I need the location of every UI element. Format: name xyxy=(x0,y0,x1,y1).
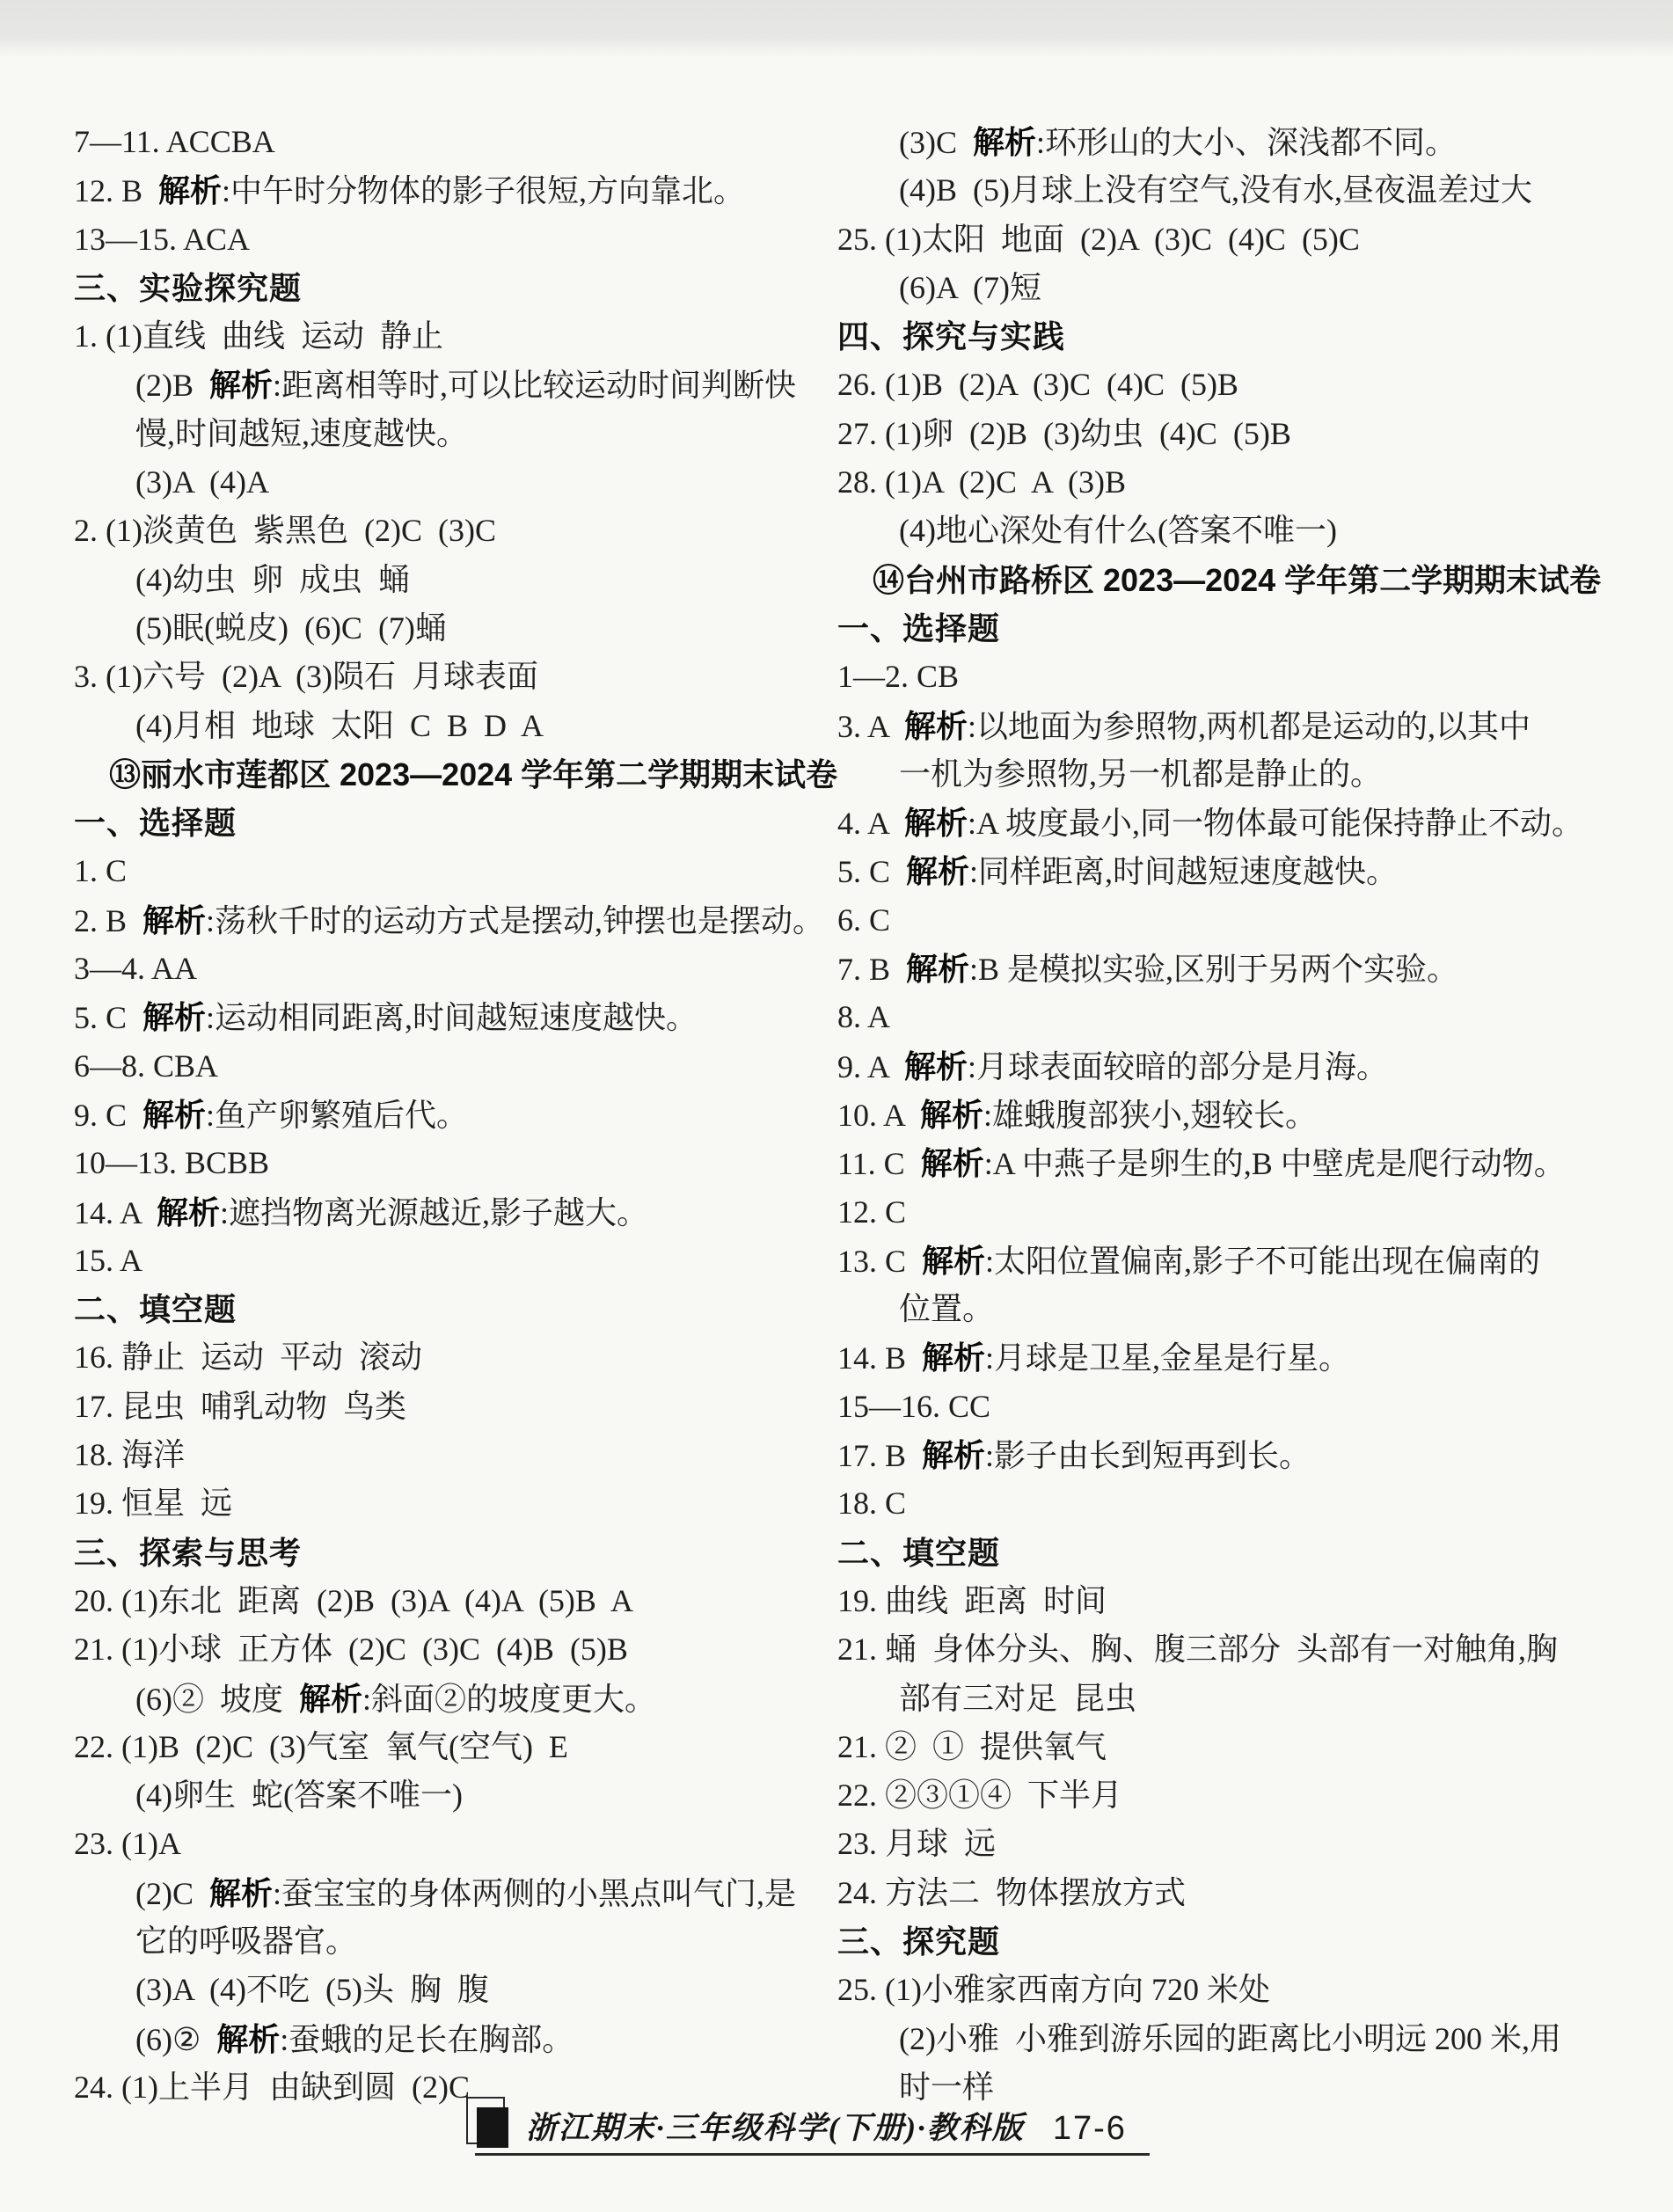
answer-line: 21. (1)小球 正方体 (2)C (3)C (4)B (5)B xyxy=(74,1625,830,1674)
answer-line: 7—11. ACCBA xyxy=(74,118,830,166)
answer-text: 一、选择题 xyxy=(74,805,237,841)
answer-text: 一机为参照物,另一机都是静止的。 xyxy=(899,756,1382,792)
answer-text: (6)② xyxy=(135,2022,216,2057)
answer-line: 18. C xyxy=(837,1479,1664,1528)
answer-text: 17. B xyxy=(837,1438,922,1473)
answer-line: 6. C xyxy=(837,896,1664,945)
answer-text: 12. B xyxy=(74,173,158,208)
answer-line: 23. (1)A xyxy=(74,1820,830,1868)
answer-text: 一、选择题 xyxy=(837,610,1000,646)
jiexi-label: 解析 xyxy=(209,1875,273,1911)
answer-text: 20. (1)东北 距离 (2)B (3)A (4)A (5)B A xyxy=(74,1583,633,1618)
answer-text: 28. (1)A (2)C A (3)B xyxy=(837,464,1126,500)
answer-line: 三、探索与思考 xyxy=(74,1529,830,1577)
answer-text: 三、实验探究题 xyxy=(74,270,302,306)
answer-text: 2. B xyxy=(74,903,142,938)
answer-text: (2)小雅 小雅到游乐园的距离比小明远 200 米,用 xyxy=(899,2021,1561,2056)
answer-line: 11. C 解析:A 中燕子是卵生的,B 中壁虎是爬行动物。 xyxy=(837,1139,1664,1187)
answer-text: 19. 曲线 距离 时间 xyxy=(837,1583,1107,1618)
answer-text: 26. (1)B (2)A (3)C (4)C (5)B xyxy=(837,367,1238,402)
answer-line: (3)A (4)不吃 (5)头 胸 腹 xyxy=(74,1966,830,2014)
answer-line: 14. B 解析:月球是卫星,金星是行星。 xyxy=(837,1333,1664,1382)
answer-text: (5)眠(蜕皮) (6)C (7)蛹 xyxy=(135,610,447,646)
answer-line: 它的呼吸器官。 xyxy=(74,1917,830,1966)
answer-text: 时一样 xyxy=(899,2070,994,2105)
answer-line: 27. (1)卵 (2)B (3)幼虫 (4)C (5)B xyxy=(837,410,1664,458)
answer-line: 二、填空题 xyxy=(74,1285,830,1333)
answer-text: ⑭台州市路桥区 2023—2024 学年第二学期期末试卷 xyxy=(873,562,1601,598)
answer-text: (6)② 坡度 xyxy=(135,1682,299,1717)
answer-text: 1—2. CB xyxy=(837,659,959,694)
footer-brand: 浙江期末·三年级科学(下册)·教科版 xyxy=(526,2111,1025,2146)
answer-text: 3. A xyxy=(837,709,904,744)
answer-text: 18. C xyxy=(837,1486,906,1521)
answer-line: 28. (1)A (2)C A (3)B xyxy=(837,458,1664,507)
answer-text: 三、探究题 xyxy=(837,1924,1000,1960)
answer-text: 16. 静止 运动 平动 滚动 xyxy=(74,1340,422,1375)
answer-text: 17. 昆虫 哺乳动物 鸟类 xyxy=(74,1389,406,1424)
answer-text: 9. C xyxy=(74,1098,142,1133)
scan-artifact-band xyxy=(0,0,1673,62)
answer-line: 16. 静止 运动 平动 滚动 xyxy=(74,1333,830,1382)
answer-line: 部有三对足 昆虫 xyxy=(837,1675,1664,1723)
answer-line: 21. ② ① 提供氧气 xyxy=(837,1723,1664,1771)
answer-text: 18. 海洋 xyxy=(74,1437,185,1472)
answer-text: 7—11. ACCBA xyxy=(74,124,275,159)
answer-line: 19. 曲线 距离 时间 xyxy=(837,1577,1664,1625)
answer-line: 3—4. AA xyxy=(74,945,830,993)
answer-text: (2)C xyxy=(135,1876,209,1911)
answer-line: 26. (1)B (2)A (3)C (4)C (5)B xyxy=(837,361,1664,409)
answer-text: :蚕宝宝的身体两侧的小黑点叫气门,是 xyxy=(273,1876,796,1911)
footer-square-fill-icon xyxy=(477,2107,508,2148)
answer-line: (4)地心深处有什么(答案不唯一) xyxy=(837,507,1664,555)
answer-line: 一、选择题 xyxy=(74,799,830,847)
answer-text: 14. B xyxy=(837,1340,922,1376)
answer-line: 7. B 解析:B 是模拟实验,区别于另两个实验。 xyxy=(837,945,1664,993)
answer-text: 10—13. BCBB xyxy=(74,1145,269,1180)
answer-text: 慢,时间越短,速度越快。 xyxy=(135,416,468,451)
answer-line: 5. C 解析:同样距离,时间越短速度越快。 xyxy=(837,847,1664,895)
column-right: (3)C 解析:环形山的大小、深浅都不同。(4)B (5)月球上没有空气,没有水… xyxy=(837,118,1664,2112)
answer-line: 位置。 xyxy=(837,1285,1664,1333)
answer-line: (4)幼虫 卵 成虫 蛹 xyxy=(74,556,830,604)
answer-text: 24. (1)上半月 由缺到圆 (2)C xyxy=(74,2070,470,2105)
answer-text: :斜面②的坡度更大。 xyxy=(362,1682,656,1717)
jiexi-label: 解析 xyxy=(922,1243,985,1279)
footer-square-icon xyxy=(475,2104,510,2146)
answer-line: 24. 方法二 物体摆放方式 xyxy=(837,1869,1664,1917)
answer-text: 22. ②③①④ 下半月 xyxy=(837,1778,1122,1813)
answer-line: 23. 月球 远 xyxy=(837,1820,1664,1868)
answer-text: :距离相等时,可以比较运动时间判断快 xyxy=(273,368,796,403)
answer-line: 4. A 解析:A 坡度最小,同一物体最可能保持静止不动。 xyxy=(837,799,1664,847)
answer-line: 13—15. ACA xyxy=(74,215,830,264)
answer-line: 10—13. BCBB xyxy=(74,1139,830,1187)
answer-text: :月球表面较暗的部分是月海。 xyxy=(968,1049,1388,1084)
answer-line: 12. C xyxy=(837,1188,1664,1237)
answer-text: :太阳位置偏南,影子不可能出现在偏南的 xyxy=(985,1244,1540,1279)
answer-line: 21. 蛹 身体分头、胸、腹三部分 头部有一对触角,胸 xyxy=(837,1625,1664,1674)
answer-line: (2)小雅 小雅到游乐园的距离比小明远 200 米,用 xyxy=(837,2015,1664,2063)
answer-line: 25. (1)小雅家西南方向 720 米处 xyxy=(837,1966,1664,2014)
answer-text: 21. 蛹 身体分头、胸、腹三部分 头部有一对触角,胸 xyxy=(837,1632,1558,1667)
answer-text: ⑬丽水市莲都区 2023—2024 学年第二学期期末试卷 xyxy=(109,756,837,792)
answer-text: 21. ② ① 提供氧气 xyxy=(837,1729,1107,1764)
answer-text: 12. C xyxy=(837,1194,906,1230)
answer-line: 18. 海洋 xyxy=(74,1431,830,1479)
answer-text: 27. (1)卵 (2)B (3)幼虫 (4)C (5)B xyxy=(837,416,1291,451)
answer-line: 13. C 解析:太阳位置偏南,影子不可能出现在偏南的 xyxy=(837,1237,1664,1285)
answer-text: :雄蛾腹部狭小,翅较长。 xyxy=(983,1098,1317,1133)
answer-text: 13—15. ACA xyxy=(74,222,250,257)
answer-line: 8. A xyxy=(837,993,1664,1041)
answer-line: 25. (1)太阳 地面 (2)A (3)C (4)C (5)C xyxy=(837,215,1664,264)
answer-text: (3)A (4)不吃 (5)头 胸 腹 xyxy=(135,1972,489,2007)
answer-line: 2. (1)淡黄色 紫黑色 (2)C (3)C xyxy=(74,507,830,555)
answer-text: 二、填空题 xyxy=(74,1291,237,1327)
answer-line: 14. A 解析:遮挡物离光源越近,影子越大。 xyxy=(74,1188,830,1237)
answer-text: :蚕蛾的足长在胸部。 xyxy=(280,2022,573,2057)
answer-text: :遮挡物离光源越近,影子越大。 xyxy=(220,1195,648,1230)
answer-text: :中午时分物体的影子很短,方向靠北。 xyxy=(222,173,745,208)
answer-line: 三、探究题 xyxy=(837,1917,1664,1966)
answer-text: (3)A (4)A xyxy=(135,464,269,500)
answer-line: 2. B 解析:荡秋千时的运动方式是摆动,钟摆也是摆动。 xyxy=(74,896,830,945)
answer-text: (2)B xyxy=(135,368,209,403)
jiexi-label: 解析 xyxy=(299,1681,362,1717)
answer-text: 2. (1)淡黄色 紫黑色 (2)C (3)C xyxy=(74,513,496,548)
answer-line: 10. A 解析:雄蛾腹部狭小,翅较长。 xyxy=(837,1091,1664,1139)
answer-line: 6—8. CBA xyxy=(74,1042,830,1091)
answer-line: (6)② 解析:蚕蛾的足长在胸部。 xyxy=(74,2015,830,2063)
answer-line: 15—16. CC xyxy=(837,1383,1664,1431)
answer-line: 1. C xyxy=(74,847,830,895)
answer-line: 二、填空题 xyxy=(837,1529,1664,1577)
answer-line: 四、探究与实践 xyxy=(837,312,1664,361)
page-footer: 浙江期末·三年级科学(下册)·教科版 17-6 xyxy=(475,2104,1150,2156)
answer-line: 19. 恒星 远 xyxy=(74,1479,830,1528)
answer-text: :荡秋千时的运动方式是摆动,钟摆也是摆动。 xyxy=(206,903,824,938)
answer-text: 15—16. CC xyxy=(837,1389,990,1424)
answer-text: 三、探索与思考 xyxy=(74,1535,302,1571)
answer-line: 一机为参照物,另一机都是静止的。 xyxy=(837,750,1664,799)
answer-text: 4. A xyxy=(837,806,904,841)
answer-text: :影子由长到短再到长。 xyxy=(985,1438,1311,1473)
answer-text: (4)月相 地球 太阳 C B D A xyxy=(135,708,544,743)
answer-line: 1. (1)直线 曲线 运动 静止 xyxy=(74,312,830,361)
jiexi-label: 解析 xyxy=(922,1340,985,1376)
answer-text: 19. 恒星 远 xyxy=(74,1486,232,1521)
jiexi-label: 解析 xyxy=(157,1194,220,1230)
answer-text: 它的呼吸器官。 xyxy=(135,1924,357,1959)
answer-line: 慢,时间越短,速度越快。 xyxy=(74,410,830,458)
answer-text: :鱼产卵繁殖后代。 xyxy=(206,1098,468,1133)
answer-text: 13. C xyxy=(837,1244,922,1279)
answer-line: 三、实验探究题 xyxy=(74,264,830,312)
answer-line: (2)B 解析:距离相等时,可以比较运动时间判断快 xyxy=(74,361,830,409)
answer-text: 23. (1)A xyxy=(74,1826,181,1861)
answer-text: 6. C xyxy=(837,902,890,938)
answer-line: 22. (1)B (2)C (3)气室 氧气(空气) E xyxy=(74,1723,830,1771)
footer-page-number: 17-6 xyxy=(1041,2111,1127,2146)
answer-line: (6)② 坡度 解析:斜面②的坡度更大。 xyxy=(74,1675,830,1723)
answer-text: 14. A xyxy=(74,1195,157,1230)
answer-text: :同样距离,时间越短速度越快。 xyxy=(969,854,1398,889)
answer-line: (3)A (4)A xyxy=(74,458,830,507)
answer-line: (5)眠(蜕皮) (6)C (7)蛹 xyxy=(74,604,830,653)
answer-line: 12. B 解析:中午时分物体的影子很短,方向靠北。 xyxy=(74,166,830,215)
answer-text: 四、探究与实践 xyxy=(837,318,1065,354)
answer-text: 24. 方法二 物体摆放方式 xyxy=(837,1875,1186,1910)
answer-line: 22. ②③①④ 下半月 xyxy=(837,1771,1664,1820)
answer-text: :运动相同距离,时间越短速度越快。 xyxy=(206,1000,698,1035)
answer-text: (4)地心深处有什么(答案不唯一) xyxy=(899,513,1337,548)
answer-text: 部有三对足 昆虫 xyxy=(899,1681,1136,1716)
jiexi-label: 解析 xyxy=(906,853,969,889)
jiexi-label: 解析 xyxy=(904,708,968,744)
jiexi-label: 解析 xyxy=(904,1048,968,1084)
answer-text: :月球是卫星,金星是行星。 xyxy=(985,1340,1350,1376)
answer-text: 23. 月球 远 xyxy=(837,1826,996,1861)
jiexi-label: 解析 xyxy=(920,1097,983,1133)
answer-line: (4)卵生 蛇(答案不唯一) xyxy=(74,1771,830,1820)
answer-text: (4)幼虫 卵 成虫 蛹 xyxy=(135,562,410,597)
answer-text: 8. A xyxy=(837,999,890,1034)
jiexi-label: 解析 xyxy=(973,124,1036,160)
jiexi-label: 解析 xyxy=(922,1437,985,1473)
answer-text: (6)A (7)短 xyxy=(899,270,1041,305)
answer-text: :环形山的大小、深浅都不同。 xyxy=(1036,125,1457,160)
answer-line: 1—2. CB xyxy=(837,653,1664,701)
answer-text: 位置。 xyxy=(899,1291,994,1326)
answer-text: 5. C xyxy=(74,1000,142,1035)
answer-line: (2)C 解析:蚕宝宝的身体两侧的小黑点叫气门,是 xyxy=(74,1869,830,1917)
answer-text: 7. B xyxy=(837,952,906,987)
answer-text: 二、填空题 xyxy=(837,1535,1000,1571)
answer-key-page: 7—11. ACCBA12. B 解析:中午时分物体的影子很短,方向靠北。13—… xyxy=(0,0,1673,2212)
answer-line: 17. 昆虫 哺乳动物 鸟类 xyxy=(74,1383,830,1431)
answer-line: 15. A xyxy=(74,1237,830,1285)
answer-line: 9. A 解析:月球表面较暗的部分是月海。 xyxy=(837,1042,1664,1091)
answer-text: 1. C xyxy=(74,853,127,888)
answer-line: 9. C 解析:鱼产卵繁殖后代。 xyxy=(74,1091,830,1139)
answer-text: 15. A xyxy=(74,1243,142,1278)
answer-text: (4)卵生 蛇(答案不唯一) xyxy=(135,1778,463,1813)
answer-line: 3. (1)六号 (2)A (3)陨石 月球表面 xyxy=(74,653,830,701)
answer-text: (4)B (5)月球上没有空气,没有水,昼夜温差过大 xyxy=(899,172,1532,208)
jiexi-label: 解析 xyxy=(904,805,968,841)
jiexi-label: 解析 xyxy=(142,999,206,1035)
answer-line: 一、选择题 xyxy=(837,604,1664,653)
answer-line: 3. A 解析:以地面为参照物,两机都是运动的,以其中 xyxy=(837,702,1664,750)
column-left: 7—11. ACCBA12. B 解析:中午时分物体的影子很短,方向靠北。13—… xyxy=(74,118,830,2112)
answer-line: (6)A (7)短 xyxy=(837,264,1664,312)
answer-line: 20. (1)东北 距离 (2)B (3)A (4)A (5)B A xyxy=(74,1577,830,1625)
answer-line: 5. C 解析:运动相同距离,时间越短速度越快。 xyxy=(74,993,830,1041)
answer-text: :A 坡度最小,同一物体最可能保持静止不动。 xyxy=(968,806,1583,841)
jiexi-label: 解析 xyxy=(142,1097,206,1133)
answer-text: 21. (1)小球 正方体 (2)C (3)C (4)B (5)B xyxy=(74,1632,628,1667)
jiexi-label: 解析 xyxy=(216,2021,280,2057)
answer-line: (3)C 解析:环形山的大小、深浅都不同。 xyxy=(837,118,1664,166)
jiexi-label: 解析 xyxy=(906,951,969,987)
answer-line: 17. B 解析:影子由长到短再到长。 xyxy=(837,1431,1664,1479)
answer-line: ⑭台州市路桥区 2023—2024 学年第二学期期末试卷 xyxy=(837,556,1664,604)
answer-text: 9. A xyxy=(837,1049,904,1084)
answer-text: :B 是模拟实验,区别于另两个实验。 xyxy=(969,952,1458,987)
answer-line: ⑬丽水市莲都区 2023—2024 学年第二学期期末试卷 xyxy=(74,750,830,799)
answer-text: 5. C xyxy=(837,854,906,889)
jiexi-label: 解析 xyxy=(142,902,206,938)
answer-text: 25. (1)小雅家西南方向 720 米处 xyxy=(837,1972,1270,2007)
answer-text: 6—8. CBA xyxy=(74,1048,218,1084)
jiexi-label: 解析 xyxy=(921,1145,984,1181)
answer-text: 25. (1)太阳 地面 (2)A (3)C (4)C (5)C xyxy=(837,222,1360,257)
answer-text: 3. (1)六号 (2)A (3)陨石 月球表面 xyxy=(74,659,538,694)
answer-line: (4)B (5)月球上没有空气,没有水,昼夜温差过大 xyxy=(837,166,1664,215)
answer-text: 11. C xyxy=(837,1146,921,1181)
jiexi-label: 解析 xyxy=(158,172,222,208)
answer-text: :A 中燕子是卵生的,B 中壁虎是爬行动物。 xyxy=(984,1146,1566,1181)
answer-text: 10. A xyxy=(837,1098,920,1133)
answer-text: :以地面为参照物,两机都是运动的,以其中 xyxy=(968,709,1531,744)
answer-text: 22. (1)B (2)C (3)气室 氧气(空气) E xyxy=(74,1729,568,1764)
answer-line: (4)月相 地球 太阳 C B D A xyxy=(74,702,830,750)
answer-text: (3)C xyxy=(899,125,973,160)
answer-text: 3—4. AA xyxy=(74,951,197,986)
answer-text: 1. (1)直线 曲线 运动 静止 xyxy=(74,318,443,354)
jiexi-label: 解析 xyxy=(209,367,273,403)
